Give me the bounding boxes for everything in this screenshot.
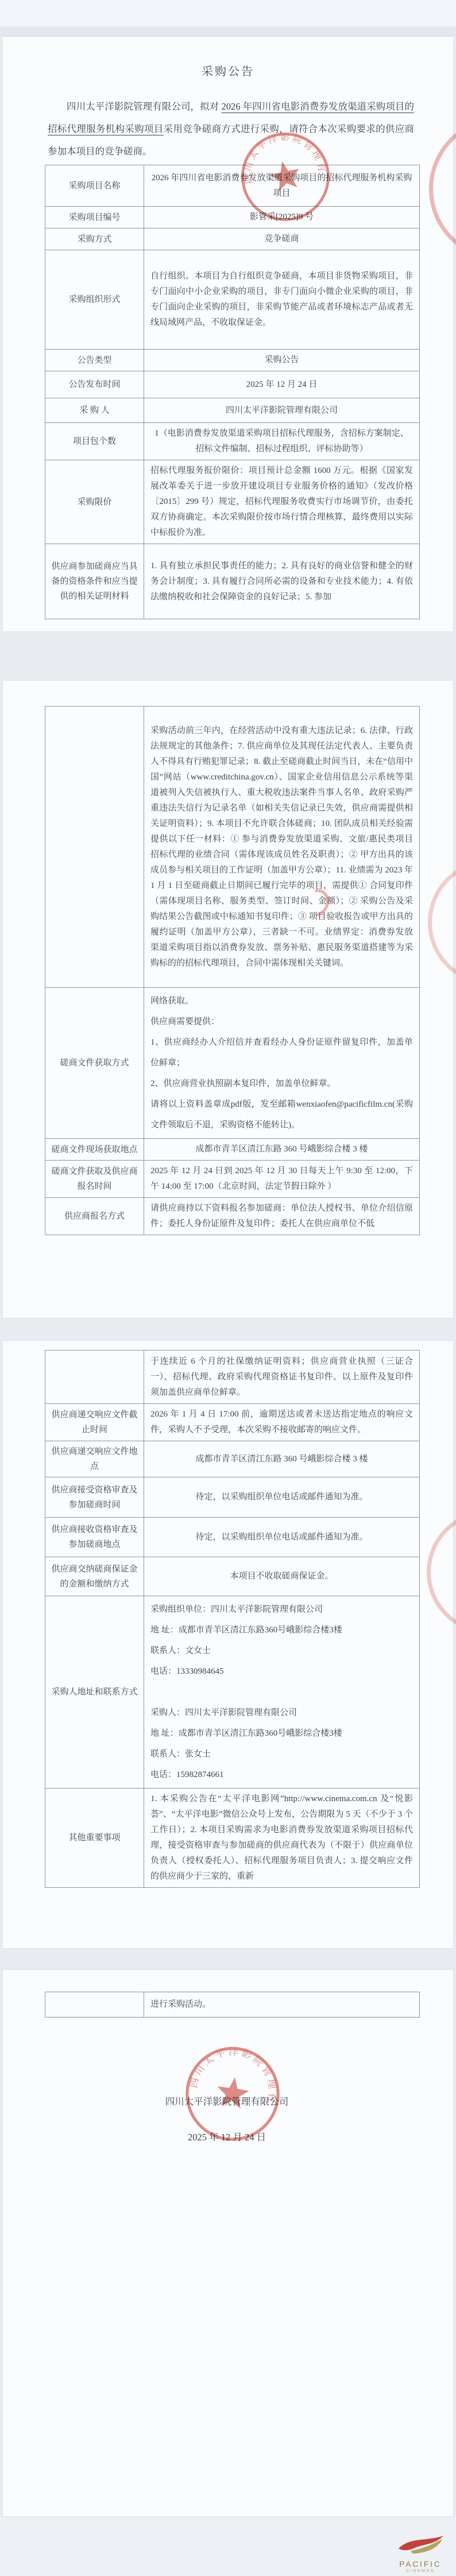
row-label: 采 购 人 xyxy=(45,398,144,422)
notice-table-page2: 采购活动前三年内，在经营活动中没有重大违法记录；6. 法律、行政法规规定的其他条… xyxy=(45,706,420,1235)
table-row: 供应商报名方式 请供应商持以下资料报名参加磋商：单位法人授权书、单位介绍信原件；… xyxy=(45,1198,419,1235)
table-row: 供应商递交响应文件截止时间 2026 年 1 月 4 日 17:00 前，逾期送… xyxy=(45,1404,419,1441)
row-label: 供应商参加磋商应当具备的资格条件和应当提供的相关证明材料 xyxy=(45,544,144,619)
page-2: 采购活动前三年内，在经营活动中没有重大违法记录；6. 法律、行政法规规定的其他条… xyxy=(3,681,453,1318)
row-label: 供应商接收资格审查及参加磋商地点 xyxy=(45,1518,144,1557)
table-row: 公告类型 采购公告 xyxy=(45,350,419,371)
page-4: 进行采购活动。 四川太平洋影院管理有限公司 2025 年 12 月 24 日 xyxy=(3,1970,453,2516)
table-row: 采购项目编号 影管采[2025]9 号 xyxy=(45,207,419,228)
table-row: 采购活动前三年内，在经营活动中没有重大违法记录；6. 法律、行政法规规定的其他条… xyxy=(45,707,419,988)
row-value: 1. 具有独立承担民事责任的能力；2. 具有良好的商业信誉和健全的财务会计制度；… xyxy=(144,544,419,619)
table-row: 采 购 人 四川太平洋影院管理有限公司 xyxy=(45,398,419,423)
table-row: 采购人地址和联系方式 采购组织单位：四川太平洋影院管理有限公司 地 址：成都市青… xyxy=(45,1596,419,1789)
table-row: 采购组织形式 自行组织。本项目为自行组织竞争磋商，本项目非货物采购项目，非专门面… xyxy=(45,250,419,350)
table-row: 供应商参加磋商应当具备的资格条件和应当提供的相关证明材料 1. 具有独立承担民事… xyxy=(45,544,419,619)
table-row: 磋商文件获取及供应商报名时间 2025 年 12 月 24 日到 2025 年 … xyxy=(45,1161,419,1198)
row-value: 招标代理服务报价限价：项目预计总金额 1600 万元。根据《国家发展改革委关于进… xyxy=(144,460,419,544)
row-label: 其他重要事项 xyxy=(45,1789,144,1887)
row-value: 2026 年 1 月 4 日 17:00 前，逾期送达或者未送达指定地点的响应文… xyxy=(144,1404,419,1441)
row-label: 采购组织形式 xyxy=(45,250,144,349)
row-label xyxy=(45,707,144,987)
intro-paragraph: 四川太平洋影院管理有限公司，拟对 2026 年四川省电影消费券发放渠道采购项目的… xyxy=(48,95,414,162)
row-value: 采购活动前三年内，在经营活动中没有重大违法记录；6. 法律、行政法规规定的其他条… xyxy=(144,707,419,987)
top-scan-band-shadow xyxy=(0,26,456,37)
row-label: 供应商接受资格审查及参加磋商时间 xyxy=(45,1477,144,1517)
table-row: 磋商文件获取方式 网络获取。 供应商需要提供： 1、供应商经办人介绍信并查看经办… xyxy=(45,988,419,1139)
row-value: 竞争磋商 xyxy=(144,228,419,250)
row-value: 四川太平洋影院管理有限公司 xyxy=(144,398,419,422)
row-label: 采购限价 xyxy=(45,460,144,544)
row-label: 磋商文件获取方式 xyxy=(45,988,144,1138)
page-title: 采购公告 xyxy=(3,63,453,80)
logo-sub-text: CINEMAS xyxy=(391,2569,450,2573)
table-row: 供应商交纳磋商保证金的金额和缴纳方式 本项目不收取磋商保证金。 xyxy=(45,1557,419,1596)
table-row: 项目包个数 1（电影消费券发放渠道采购项目招标代理服务，含招标方案制定、招标文件… xyxy=(45,423,419,460)
row-value: 进行采购活动。 xyxy=(144,1992,419,2017)
row-value: 待定，以采购组织单位电话或邮件通知为准。 xyxy=(144,1518,419,1557)
row-value: 采购组织单位：四川太平洋影院管理有限公司 地 址：成都市青羊区清江东路360号峨… xyxy=(144,1596,419,1788)
row-label: 采购项目编号 xyxy=(45,207,144,228)
top-scan-band xyxy=(0,0,456,26)
row-value: 成都市青羊区清江东路 360 号峨影综合楼 3 楼 xyxy=(144,1139,419,1160)
table-row: 采购方式 竞争磋商 xyxy=(45,228,419,250)
row-value: 2026 年四川省电影消费券发放渠道采购项目的招标代理服务机构采购项目 xyxy=(144,165,419,206)
signature-block: 四川太平洋影院管理有限公司 2025 年 12 月 24 日 xyxy=(135,2093,319,2146)
logo-brand-text: PACIFIC xyxy=(391,2560,450,2569)
table-row: 其他重要事项 1. 本采购公告在“太平洋电影网”http://www.cinem… xyxy=(45,1789,419,1887)
table-row: 于连续近 6 个月的社保缴纳证明资料；供应商营业执照（三证合一）、招标代理、政府… xyxy=(45,1351,419,1404)
row-value: 1（电影消费券发放渠道采购项目招标代理服务，含招标方案制定、招标文件编制、招标过… xyxy=(144,423,419,460)
page-1: 采购公告 四川太平洋影院管理有限公司，拟对 2026 年四川省电影消费券发放渠道… xyxy=(3,37,453,631)
row-value: 2025 年 12 月 24 日到 2025 年 12 月 30 日每天上午 9… xyxy=(144,1161,419,1197)
bottom-scan-band xyxy=(0,2516,456,2576)
signature-date: 2025 年 12 月 24 日 xyxy=(135,2129,319,2146)
row-label: 磋商文件获取及供应商报名时间 xyxy=(45,1161,144,1197)
row-label xyxy=(45,1992,144,2017)
table-row: 进行采购活动。 xyxy=(45,1992,419,2017)
row-label: 项目包个数 xyxy=(45,423,144,460)
row-value: 于连续近 6 个月的社保缴纳证明资料；供应商营业执照（三证合一）、招标代理、政府… xyxy=(144,1351,419,1403)
table-row: 供应商接受资格审查及参加磋商时间 待定，以采购组织单位电话或邮件通知为准。 xyxy=(45,1477,419,1518)
row-value: 1. 本采购公告在“太平洋电影网”http://www.cinema.com.c… xyxy=(144,1789,419,1887)
pacific-cinemas-logo: PACIFIC CINEMAS xyxy=(391,2534,450,2574)
notice-table-page3: 于连续近 6 个月的社保缴纳证明资料；供应商营业执照（三证合一）、招标代理、政府… xyxy=(45,1350,420,1888)
row-label: 供应商递交响应文件截止时间 xyxy=(45,1404,144,1441)
row-value: 2025 年 12 月 24 日 xyxy=(144,371,419,398)
row-value: 待定，以采购组织单位电话或邮件通知为准。 xyxy=(144,1477,419,1517)
intro-lead: 四川太平洋影院管理有限公司，拟对 xyxy=(67,101,221,112)
row-label: 采购项目名称 xyxy=(45,165,144,206)
row-label: 磋商文件现场获取地点 xyxy=(45,1139,144,1160)
table-row: 采购项目名称 2026 年四川省电影消费券发放渠道采购项目的招标代理服务机构采购… xyxy=(45,165,419,207)
row-label: 供应商报名方式 xyxy=(45,1198,144,1235)
row-value: 本项目不收取磋商保证金。 xyxy=(144,1557,419,1596)
row-label xyxy=(45,1351,144,1403)
row-label: 公告发布时间 xyxy=(45,371,144,398)
row-value: 网络获取。 供应商需要提供： 1、供应商经办人介绍信并查看经办人身份证原件留复印… xyxy=(144,988,419,1138)
row-label: 供应商递交响应文件地点 xyxy=(45,1441,144,1477)
row-label: 采购方式 xyxy=(45,228,144,250)
table-row: 供应商接收资格审查及参加磋商地点 待定，以采购组织单位电话或邮件通知为准。 xyxy=(45,1518,419,1557)
row-label: 公告类型 xyxy=(45,350,144,371)
table-row: 公告发布时间 2025 年 12 月 24 日 xyxy=(45,371,419,398)
notice-table-page4: 进行采购活动。 xyxy=(45,1992,420,2018)
table-row: 采购限价 招标代理服务报价限价：项目预计总金额 1600 万元。根据《国家发展改… xyxy=(45,460,419,544)
notice-table-page1: 采购项目名称 2026 年四川省电影消费券发放渠道采购项目的招标代理服务机构采购… xyxy=(45,165,420,619)
row-value: 采购公告 xyxy=(144,350,419,371)
row-value: 请供应商持以下资料报名参加磋商：单位法人授权书、单位介绍信原件；委托人身份证原件… xyxy=(144,1198,419,1235)
row-value: 自行组织。本项目为自行组织竞争磋商，本项目非货物采购项目，非专门面向中小企业采购… xyxy=(144,250,419,349)
table-row: 供应商递交响应文件地点 成都市青羊区清江东路 360 号峨影综合楼 3 楼 xyxy=(45,1441,419,1477)
scanned-procurement-notice: { "colors": { "seal_red": "#d0564d", "te… xyxy=(0,0,456,2576)
row-value: 影管采[2025]9 号 xyxy=(144,207,419,228)
signature-company: 四川太平洋影院管理有限公司 xyxy=(135,2093,319,2111)
row-value: 成都市青羊区清江东路 360 号峨影综合楼 3 楼 xyxy=(144,1441,419,1477)
row-label: 采购人地址和联系方式 xyxy=(45,1596,144,1788)
page-3: 于连续近 6 个月的社保缴纳证明资料；供应商营业执照（三证合一）、招标代理、政府… xyxy=(3,1341,453,1948)
row-label: 供应商交纳磋商保证金的金额和缴纳方式 xyxy=(45,1557,144,1596)
table-row: 磋商文件现场获取地点 成都市青羊区清江东路 360 号峨影综合楼 3 楼 xyxy=(45,1139,419,1161)
logo-swoosh-icon xyxy=(393,2534,448,2556)
